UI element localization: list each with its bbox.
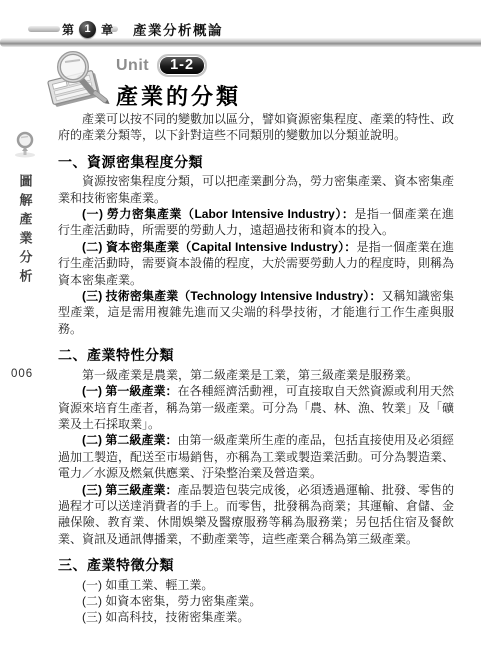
section-1-item-1: (一) 勞力密集產業（Labor Intensive Industry）：是指一… <box>58 206 454 239</box>
section-1-item-3: (三) 技術密集產業（Technology Intensive Industry… <box>58 288 454 337</box>
chapter-divider-bar <box>0 38 481 47</box>
section-heading-2: 二、產業特性分類 <box>58 347 454 363</box>
section-2-lead: 第一級產業是農業，第二級產業是工業，第三級產業是服務業。 <box>58 367 454 383</box>
chapter-header: 第 1 章 產業分析概論 <box>62 19 223 39</box>
intro-paragraph: 產業可以按不同的變數加以區分，譬如資源密集程度、產業的特性、政府的產業分類等，以… <box>58 111 454 144</box>
header-left-dash <box>28 26 60 32</box>
section-1-item-2: (二) 資本密集產業（Capital Intensive Industry）：是… <box>58 239 454 288</box>
magnifier-document-icon <box>40 48 110 110</box>
chapter-prefix-label: 第 <box>62 21 74 38</box>
section-2-item-1: (一) 第一級產業：在各種經濟活動裡，可直接取自天然資源或利用天然資源來培育生產… <box>58 383 454 432</box>
sidebar-magnifier-icon <box>13 150 37 167</box>
section-1-lead: 資源按密集程度分類，可以把產業劃分為，勞力密集產業、資本密集產業和技術密集產業。 <box>58 173 454 206</box>
item-label: (三) 技術密集產業（Technology Intensive Industry… <box>82 289 381 303</box>
section-3-item-1: (一) 如重工業、輕工業。 <box>58 577 454 593</box>
section-3-item-3: (三) 如高科技，技術密集產業。 <box>58 609 454 625</box>
unit-header: Unit 1-2 產業的分類 <box>40 48 241 111</box>
chapter-suffix-label: 章 <box>101 21 113 38</box>
section-2-item-2: (二) 第二級產業：由第一級產業所生產的產品，包括直接使用及必須經過加工製造，配… <box>58 432 454 481</box>
item-label: (一) 勞力密集產業（Labor Intensive Industry）： <box>82 207 354 221</box>
item-label: (一) 第一級產業： <box>82 384 178 398</box>
unit-number-badge: 1-2 <box>157 54 207 77</box>
section-2-item-3: (三) 第三級產業：產品製造包裝完成後，必須透過運輸、批發、零售的過程才可以送達… <box>58 482 454 548</box>
sidebar-series-title: 圖解產業分析 <box>16 174 35 288</box>
section-3-item-2: (二) 如資本密集，勞力密集產業。 <box>58 593 454 609</box>
section-heading-3: 三、產業特徵分類 <box>58 557 454 573</box>
item-label: (二) 資本密集產業（Capital Intensive Industry）： <box>82 240 357 254</box>
section-heading-1: 一、資源密集程度分類 <box>58 154 454 170</box>
chapter-title: 產業分析概論 <box>133 19 223 39</box>
page-body: 產業可以按不同的變數加以區分，譬如資源密集程度、產業的特性、政府的產業分類等，以… <box>58 111 454 626</box>
unit-meta: Unit 1-2 產業的分類 <box>116 54 241 111</box>
sidebar: 圖解產業分析 <box>9 131 41 293</box>
item-label: (二) 第二級產業： <box>82 433 178 447</box>
unit-label: Unit <box>116 57 149 75</box>
chapter-number-circle: 1 <box>79 21 96 38</box>
item-label: (三) 第三級產業： <box>82 483 178 497</box>
page-number: 006 <box>11 368 33 380</box>
unit-title: 產業的分類 <box>116 80 241 111</box>
